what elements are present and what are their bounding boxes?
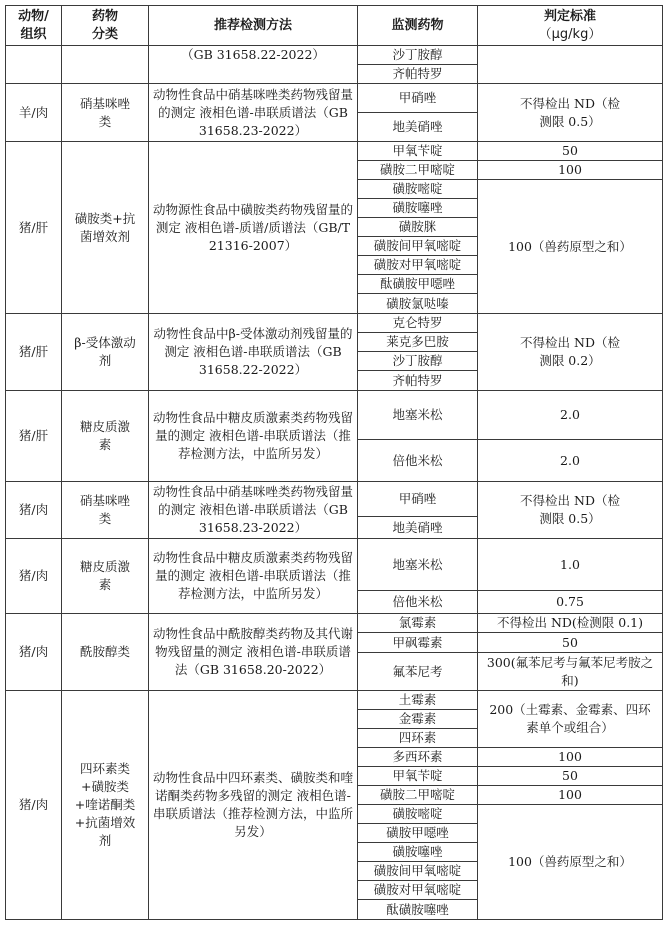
table-row: 猪/肝 磺胺类+抗菌增效剂 动物源性食品中磺胺类药物残留量的测定 液相色谱-质谱… — [6, 142, 663, 161]
class-cell: 磺胺类+抗菌增效剂 — [62, 142, 149, 314]
method-cell: 动物性食品中糖皮质激素类药物残留量的测定 液相色谱-串联质谱法（推荐检测方法，中… — [149, 539, 358, 614]
drug-cell: 磺胺二甲嘧啶 — [358, 786, 478, 805]
table-header-row: 动物/组织 药物分类 推荐检测方法 监测药物 判定标准（μg/kg） — [6, 6, 663, 46]
drug-cell: 甲硝唑 — [358, 482, 478, 517]
drug-cell: 氟苯尼考 — [358, 653, 478, 691]
drug-cell: 酞磺胺噻唑 — [358, 900, 478, 920]
standard-cell: 1.0 — [478, 539, 663, 591]
drug-cell: 甲氧苄啶 — [358, 767, 478, 786]
table-row: 猪/肝 糖皮质激素 动物性食品中糖皮质激素类药物残留量的测定 液相色谱-串联质谱… — [6, 391, 663, 440]
table-row: 猪/肉 糖皮质激素 动物性食品中糖皮质激素类药物残留量的测定 液相色谱-串联质谱… — [6, 539, 663, 591]
class-cell: β-受体激动剂 — [62, 314, 149, 391]
drug-cell: 甲砜霉素 — [358, 633, 478, 653]
class-cell: 四环素类+磺胺类+喹诺酮类+抗菌增效剂 — [62, 691, 149, 920]
header-drug-class: 药物分类 — [62, 6, 149, 46]
drug-cell: 齐帕特罗 — [358, 65, 478, 84]
animal-cell: 猪/肉 — [6, 691, 62, 920]
method-cell: （GB 31658.22-2022） — [149, 46, 358, 84]
standard-cell: 0.75 — [478, 591, 663, 614]
standard-cell — [478, 46, 663, 84]
drug-cell: 倍他米松 — [358, 591, 478, 614]
drug-cell: 地塞米松 — [358, 539, 478, 591]
drug-cell: 地塞米松 — [358, 391, 478, 440]
method-cell: 动物性食品中酰胺醇类药物及其代谢物残留量的测定 液相色谱-串联质谱法（GB 31… — [149, 614, 358, 691]
class-cell: 硝基咪唑类 — [62, 84, 149, 142]
drug-cell: 氯霉素 — [358, 614, 478, 633]
standard-cell: 不得检出 ND(检测限 0.1) — [478, 614, 663, 633]
standard-cell: 100（兽药原型之和） — [478, 805, 663, 920]
header-standard: 判定标准（μg/kg） — [478, 6, 663, 46]
drug-cell: 磺胺氯哒嗪 — [358, 294, 478, 314]
drug-cell: 磺胺间甲氧嘧啶 — [358, 237, 478, 256]
animal-cell: 羊/肉 — [6, 84, 62, 142]
drug-cell: 多西环素 — [358, 748, 478, 767]
standard-cell: 100 — [478, 786, 663, 805]
class-cell: 酰胺醇类 — [62, 614, 149, 691]
animal-cell: 猪/肝 — [6, 314, 62, 391]
drug-cell: 磺胺噻唑 — [358, 843, 478, 862]
drug-cell: 磺胺间甲氧嘧啶 — [358, 862, 478, 881]
class-cell: 糖皮质激素 — [62, 539, 149, 614]
drug-residue-table: 动物/组织 药物分类 推荐检测方法 监测药物 判定标准（μg/kg） （GB 3… — [5, 5, 663, 920]
standard-cell: 100（兽药原型之和） — [478, 180, 663, 314]
drug-cell: 磺胺对甲氧嘧啶 — [358, 256, 478, 275]
method-cell: 动物性食品中β-受体激动剂残留量的测定 液相色谱-串联质谱法（GB 31658.… — [149, 314, 358, 391]
animal-cell: 猪/肉 — [6, 614, 62, 691]
drug-cell: 磺胺噻唑 — [358, 199, 478, 218]
table-row: 猪/肉 酰胺醇类 动物性食品中酰胺醇类药物及其代谢物残留量的测定 液相色谱-串联… — [6, 614, 663, 633]
drug-cell: 齐帕特罗 — [358, 371, 478, 391]
method-cell: 动物源性食品中磺胺类药物残留量的测定 液相色谱-质谱/质谱法（GB/T 2131… — [149, 142, 358, 314]
class-cell — [62, 46, 149, 84]
class-cell: 糖皮质激素 — [62, 391, 149, 482]
drug-cell: 金霉素 — [358, 710, 478, 729]
class-cell: 硝基咪唑类 — [62, 482, 149, 539]
drug-cell: 倍他米松 — [358, 440, 478, 482]
method-cell: 动物性食品中硝基咪唑类药物残留量的测定 液相色谱-串联质谱法（GB 31658.… — [149, 84, 358, 142]
drug-cell: 磺胺脒 — [358, 218, 478, 237]
drug-cell: 磺胺二甲嘧啶 — [358, 161, 478, 180]
drug-cell: 甲氧苄啶 — [358, 142, 478, 161]
method-cell: 动物性食品中硝基咪唑类药物残留量的测定 液相色谱-串联质谱法（GB 31658.… — [149, 482, 358, 539]
drug-cell: 沙丁胺醇 — [358, 352, 478, 371]
standard-cell: 2.0 — [478, 440, 663, 482]
standard-cell: 50 — [478, 142, 663, 161]
drug-cell: 地美硝唑 — [358, 113, 478, 142]
drug-cell: 沙丁胺醇 — [358, 46, 478, 65]
drug-cell: 磺胺嘧啶 — [358, 180, 478, 199]
drug-cell: 甲硝唑 — [358, 84, 478, 113]
animal-cell — [6, 46, 62, 84]
drug-cell: 土霉素 — [358, 691, 478, 710]
table-row: 猪/肉 四环素类+磺胺类+喹诺酮类+抗菌增效剂 动物性食品中四环素类、磺胺类和喹… — [6, 691, 663, 710]
animal-cell: 猪/肉 — [6, 539, 62, 614]
table-row: （GB 31658.22-2022） 沙丁胺醇 — [6, 46, 663, 65]
drug-cell: 磺胺甲噁唑 — [358, 824, 478, 843]
method-cell: 动物性食品中糖皮质激素类药物残留量的测定 液相色谱-串联质谱法（推荐检测方法，中… — [149, 391, 358, 482]
drug-cell: 克仑特罗 — [358, 314, 478, 333]
table-row: 猪/肝 β-受体激动剂 动物性食品中β-受体激动剂残留量的测定 液相色谱-串联质… — [6, 314, 663, 333]
drug-cell: 莱克多巴胺 — [358, 333, 478, 352]
drug-cell: 酞磺胺甲噁唑 — [358, 275, 478, 294]
table-row: 猪/肉 硝基咪唑类 动物性食品中硝基咪唑类药物残留量的测定 液相色谱-串联质谱法… — [6, 482, 663, 517]
standard-cell: 不得检出 ND（检测限 0.5） — [478, 84, 663, 142]
standard-cell: 不得检出 ND（检测限 0.2） — [478, 314, 663, 391]
drug-cell: 地美硝唑 — [358, 517, 478, 539]
standard-cell: 300(氟苯尼考与氟苯尼考胺之和) — [478, 653, 663, 691]
table-row: 羊/肉 硝基咪唑类 动物性食品中硝基咪唑类药物残留量的测定 液相色谱-串联质谱法… — [6, 84, 663, 113]
animal-cell: 猪/肝 — [6, 142, 62, 314]
method-cell: 动物性食品中四环素类、磺胺类和喹诺酮类药物多残留的测定 液相色谱-串联质谱法（推… — [149, 691, 358, 920]
standard-cell: 100 — [478, 161, 663, 180]
animal-cell: 猪/肝 — [6, 391, 62, 482]
header-animal-tissue: 动物/组织 — [6, 6, 62, 46]
drug-cell: 四环素 — [358, 729, 478, 748]
standard-cell: 2.0 — [478, 391, 663, 440]
drug-cell: 磺胺对甲氧嘧啶 — [358, 881, 478, 900]
standard-cell: 50 — [478, 767, 663, 786]
animal-cell: 猪/肉 — [6, 482, 62, 539]
drug-cell: 磺胺嘧啶 — [358, 805, 478, 824]
standard-cell: 100 — [478, 748, 663, 767]
header-method: 推荐检测方法 — [149, 6, 358, 46]
header-monitored-drug: 监测药物 — [358, 6, 478, 46]
standard-cell: 200（土霉素、金霉素、四环素单个或组合） — [478, 691, 663, 748]
standard-cell: 不得检出 ND（检测限 0.5） — [478, 482, 663, 539]
standard-cell: 50 — [478, 633, 663, 653]
